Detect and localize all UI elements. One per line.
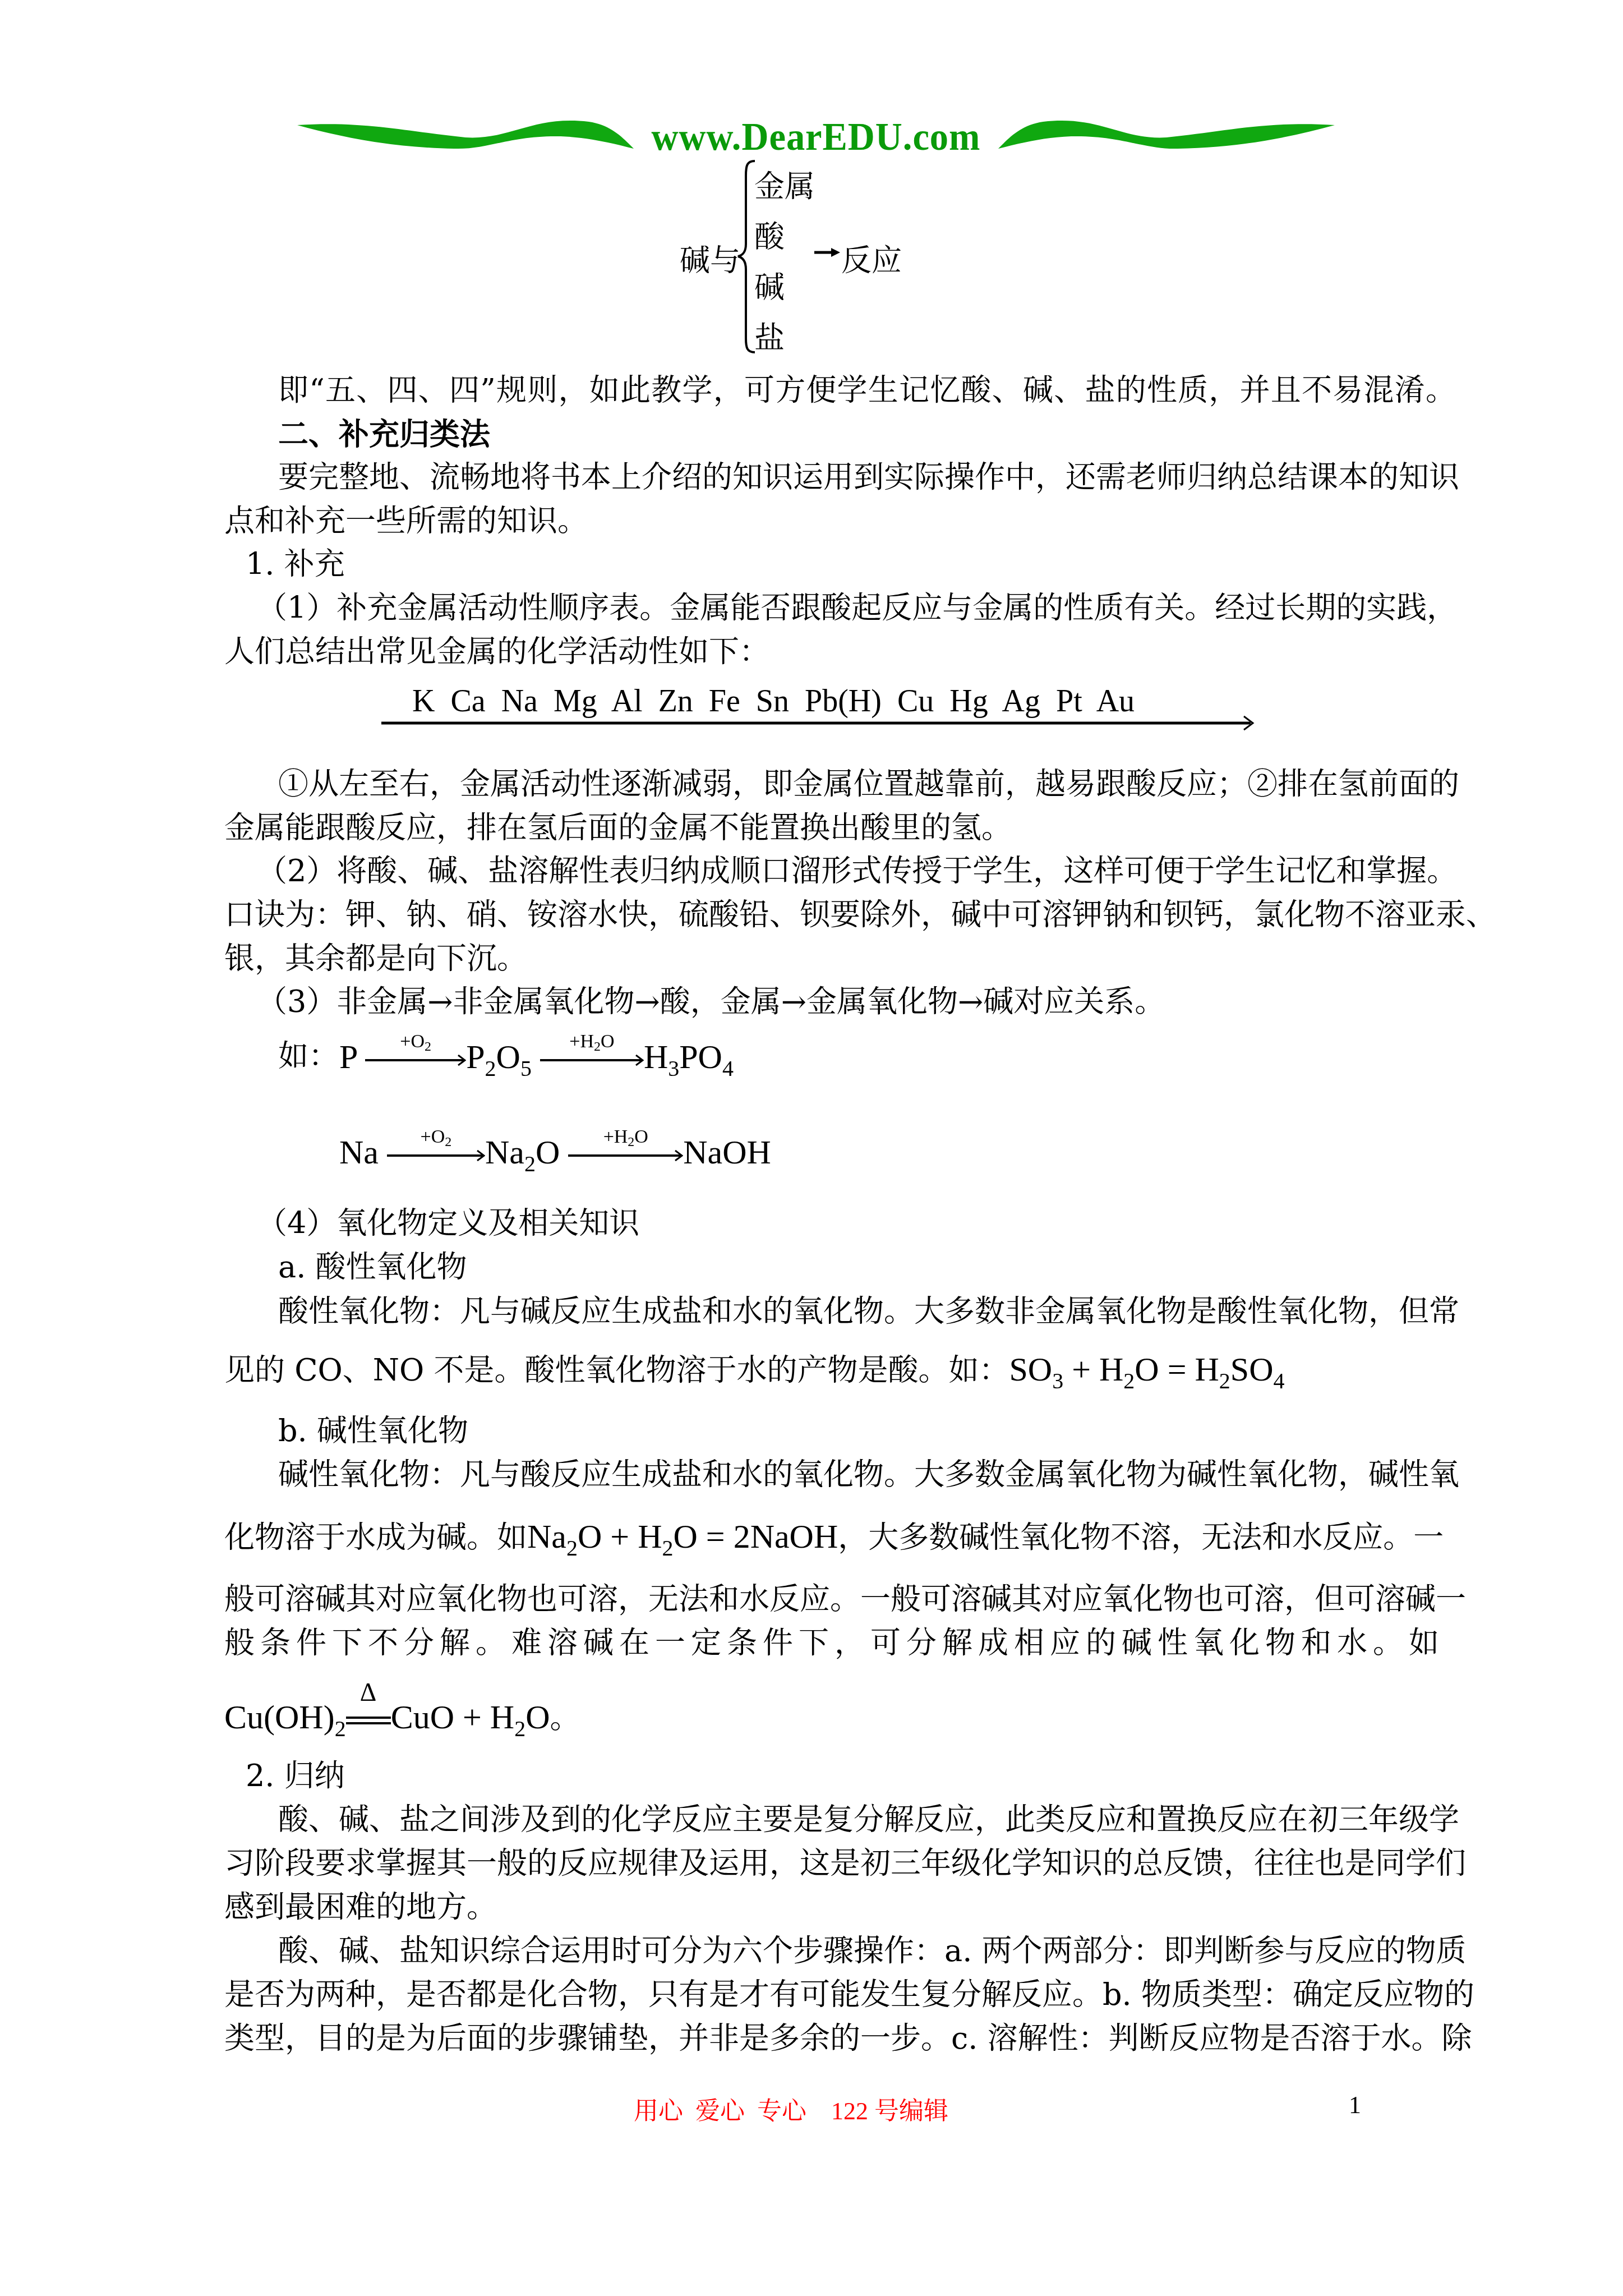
- item-2-line1: （2）将酸、碱、盐溶解性表归纳成顺口溜形式传授于学生，这样可便于学生记忆和掌握。: [257, 854, 1402, 889]
- section-heading-2: 二、补充归类法: [278, 417, 1456, 452]
- item-3-line: （3）非金属→非金属氧化物→酸，金属→金属氧化物→碱对应关系。: [257, 984, 1435, 1019]
- activity-arrow-icon: [381, 715, 1256, 732]
- paragraph-intro-line1: 要完整地、流畅地将书本上介绍的知识运用到实际操作中，还需老师归纳总结课本的知识: [278, 460, 1456, 495]
- diagram-item-salt: 盐: [754, 314, 785, 357]
- arrow-icon: [365, 1055, 466, 1066]
- basic-oxide-line4: 般条件下不分解。难溶碱在一定条件下，可分解成相应的碱性氧化物和水。如: [224, 1626, 1402, 1660]
- equation-na2o: Na2O + H2O = 2NaOH: [527, 1518, 838, 1555]
- diagram-item-metal: 金属: [754, 163, 815, 206]
- diagram-left-label: 碱与: [680, 237, 740, 280]
- basic-oxide-line2: 化物溶于水成为碱。如Na2O + H2O = 2NaOH，大多数碱性氧化物不溶，…: [224, 1519, 1402, 1555]
- item-1-line1: （1）补充金属活动性顺序表。金属能否跟酸起反应与金属的性质有关。经过长期的实践，: [257, 591, 1402, 625]
- summary-p1-line1: 酸、碱、盐之间涉及到的化学反应主要是复分解反应，此类反应和置换反应在初三年级学: [278, 1802, 1456, 1837]
- equation-so3: SO3 + H2O = H2SO4: [1009, 1351, 1284, 1388]
- metal-activity-series: K Ca Na Mg Al Zn Fe Sn Pb(H) Cu Hg Ag Pt…: [412, 683, 1135, 719]
- paragraph-rule-summary: 即“五、四、四”规则，如此教学，可方便学生记忆酸、碱、盐的性质，并且不易混淆。: [278, 373, 1456, 408]
- item-2-line3: 银，其余都是向下沉。: [224, 941, 1402, 976]
- basic-oxide-line3: 般可溶碱其对应氧化物也可溶，无法和水反应。一般可溶碱其对应氧化物也可溶，但可溶碱…: [224, 1582, 1402, 1617]
- basic-oxide-line1: 碱性氧化物：凡与酸反应生成盐和水的氧化物。大多数金属氧化物为碱性氧化物，碱性氧: [278, 1457, 1456, 1492]
- delta-icon: Δ: [346, 1677, 391, 1707]
- footer-editor-note: 用心 爱心 专心 122 号编辑: [634, 2091, 948, 2127]
- item-4-title: （4）氧化物定义及相关知识: [257, 1206, 1435, 1241]
- summary-p1-line3: 感到最困难的地方。: [224, 1890, 1402, 1925]
- acidic-oxide-line1: 酸性氧化物：凡与碱反应生成盐和水的氧化物。大多数非金属氧化物是酸性氧化物，但常: [278, 1294, 1456, 1329]
- arrow-icon: [540, 1055, 644, 1066]
- reaction-arrow-water: +H2O: [568, 1150, 683, 1161]
- heat-equals-sign: Δ: [346, 1712, 391, 1729]
- diagram-item-base: 碱: [754, 264, 785, 307]
- summary-p1-line2: 习阶段要求掌握其一般的反应规律及运用，这是初三年级化学知识的总反馈，往往也是同学…: [224, 1846, 1402, 1881]
- diagram-item-acid: 酸: [754, 213, 785, 256]
- curly-brace-icon: [735, 160, 757, 353]
- item-1-line2: 人们总结出常见金属的化学活动性如下：: [224, 634, 1402, 669]
- double-line-icon: [346, 1712, 391, 1729]
- paragraph-intro-line2: 点和补充一些所需的知识。: [224, 504, 1402, 539]
- right-arrow-icon: [814, 247, 841, 258]
- summary-p2-line3: 类型，目的是为后面的步骤铺垫，并非是多余的一步。c. 溶解性：判断反应物是否溶于…: [224, 2021, 1402, 2056]
- activity-note-line1: ①从左至右，金属活动性逐渐减弱，即金属位置越靠前，越易跟酸反应；②排在氢前面的: [278, 767, 1456, 802]
- acidic-oxide-title: a. 酸性氧化物: [278, 1250, 1456, 1285]
- subsection-1-title: 1. 补充: [246, 547, 1423, 582]
- basic-oxide-title: b. 碱性氧化物: [278, 1414, 1456, 1448]
- reaction-chain-phosphorus: P +O2 P2O5 +H2O H3PO4: [339, 1038, 734, 1076]
- site-logo-text[interactable]: www.DearEDU.com: [611, 115, 1021, 160]
- example-label: 如：: [278, 1032, 339, 1075]
- summary-p2-line1: 酸、碱、盐知识综合运用时可分为六个步骤操作：a. 两个两部分：即判断参与反应的物…: [278, 1934, 1456, 1968]
- reaction-arrow-water: +H2O: [540, 1055, 644, 1066]
- subsection-2-title: 2. 归纳: [246, 1759, 1423, 1793]
- summary-p2-line2: 是否为两种，是否都是化合物，只有是才有可能发生复分解反应。b. 物质类型：确定反…: [224, 1977, 1402, 2012]
- equation-cuoh2: Cu(OH)2ΔCuO + H2O。: [224, 1694, 580, 1737]
- reaction-chain-sodium: Na +O2 Na2O +H2O NaOH: [339, 1133, 771, 1172]
- reaction-diagram: 碱与 金属 酸 碱 盐 反应: [645, 157, 981, 359]
- activity-note-line2: 金属能跟酸反应，排在氢后面的金属不能置换出酸里的氢。: [224, 811, 1402, 845]
- diagram-right-label: 反应: [841, 237, 902, 280]
- item-2-line2: 口诀为：钾、钠、硝、铵溶水快，硫酸铅、钡要除外，碱中可溶钾钠和钡钙，氯化物不溶亚…: [224, 898, 1402, 932]
- arrow-icon: [387, 1150, 485, 1161]
- reaction-arrow-oxygen: +O2: [387, 1150, 485, 1161]
- arrow-icon: [568, 1150, 683, 1161]
- page-number: 1: [1349, 2091, 1361, 2119]
- reaction-arrow-oxygen: +O2: [365, 1055, 466, 1066]
- acidic-oxide-line2: 见的 CO、NO 不是。酸性氧化物溶于水的产物是酸。如：SO3 + H2O = …: [224, 1352, 1402, 1388]
